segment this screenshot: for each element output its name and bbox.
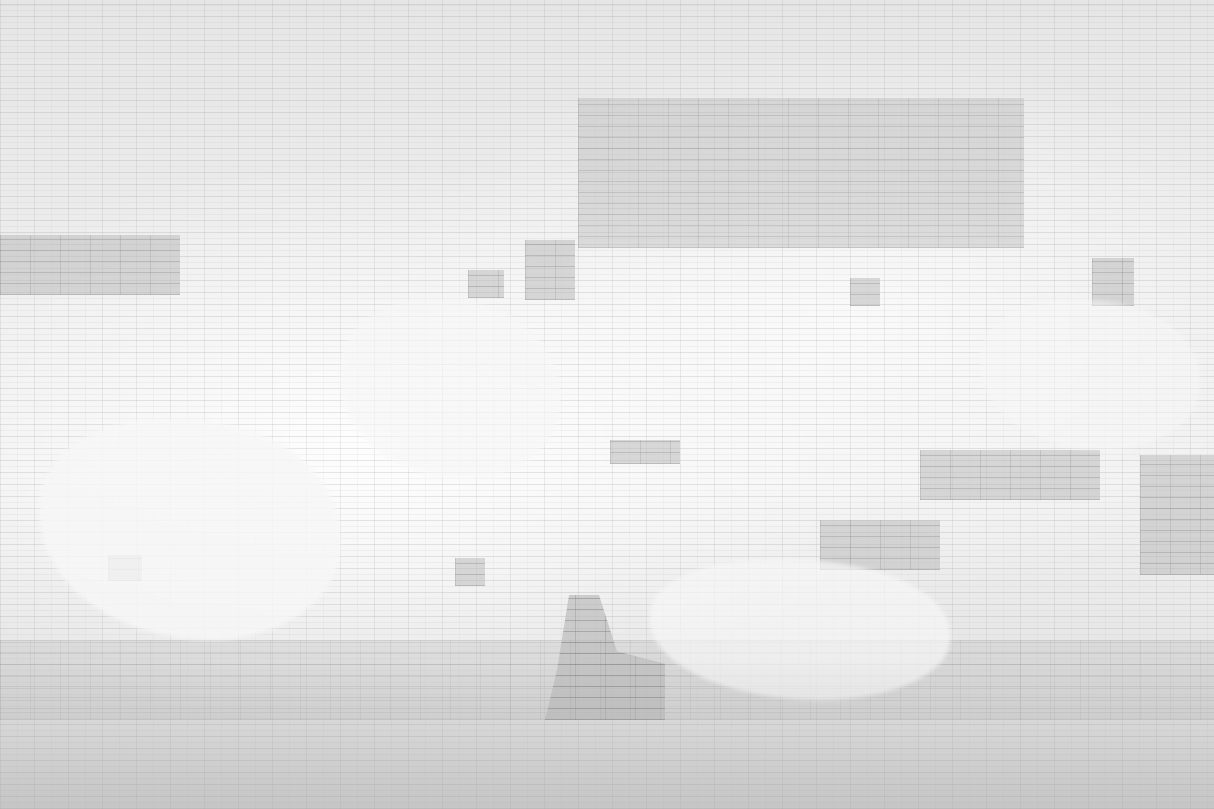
exposed-brick-patch — [1140, 455, 1214, 575]
exposed-brick-patch — [455, 558, 485, 586]
lower-wall-shading — [0, 659, 1214, 809]
exposed-brick-patch — [0, 235, 180, 295]
exposed-brick-patch — [850, 278, 880, 306]
exposed-brick-patch — [920, 450, 1100, 500]
exposed-brick-patch — [610, 440, 680, 464]
exposed-brick-patch — [1092, 258, 1134, 306]
brick-wall-photo — [0, 0, 1214, 809]
exposed-brick-patch — [468, 270, 504, 298]
exposed-brick-patch — [525, 240, 575, 300]
exposed-brick-panel — [578, 98, 1024, 248]
